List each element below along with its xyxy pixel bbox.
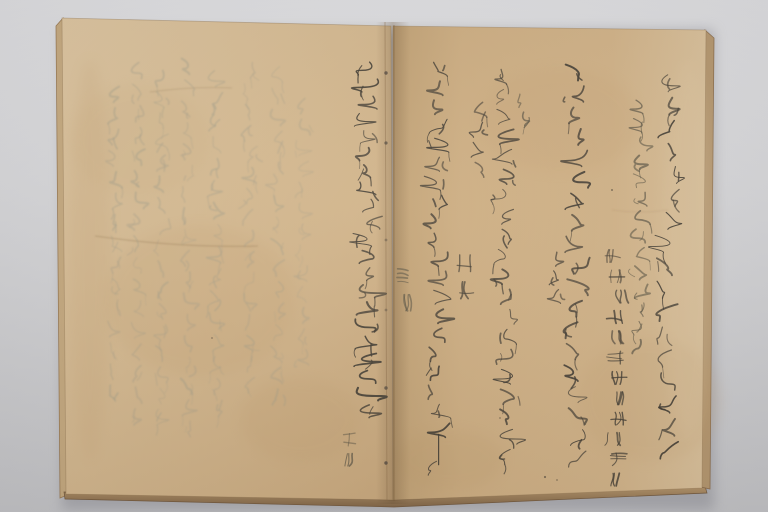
- manuscript-book: [0, 0, 768, 512]
- photo-backdrop: [0, 0, 768, 512]
- gutter-fold-shading: [376, 22, 410, 504]
